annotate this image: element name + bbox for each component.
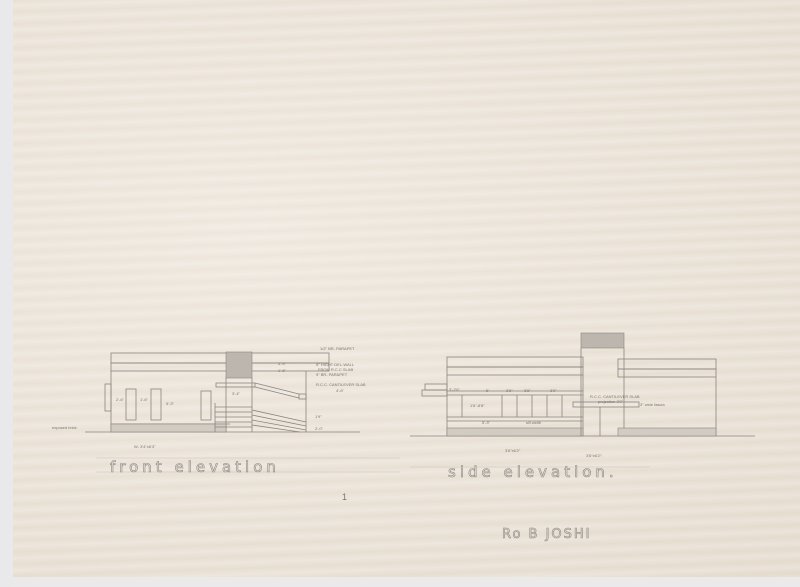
front-window-size: W- 3'4"x6'3"	[134, 444, 156, 449]
side-elevation-drawing: 3'-2'6" 5' 3'6" 3'6" 3'0" 1'6"-8'8" 5'-3…	[410, 333, 755, 481]
side-dim-1: 3'-2'6"	[449, 387, 461, 392]
front-dim-7: 1'9"	[315, 414, 322, 419]
side-dim-7: 5'-3"	[482, 420, 491, 425]
side-dim-8: sill width	[526, 420, 541, 425]
side-dim-2: 5'	[486, 388, 489, 393]
front-dim-6: 3'-4"	[232, 391, 241, 396]
side-dim-4: 3'6"	[524, 388, 531, 393]
front-note-4: 9" BR- PARAPET	[316, 372, 348, 377]
elevation-drawings: 2'-6" 1'-6" 5'-3" 5'-9" 1'-6" 3'-4" 1'9"…	[0, 0, 800, 587]
front-dim-1: 2'-6"	[116, 397, 125, 402]
front-dim-8: 2'-0"	[315, 426, 324, 431]
front-ground-label: exposed brick	[52, 425, 77, 430]
front-note-5: R.C.C. CANTILEVER SLAB	[316, 382, 366, 387]
side-dim-3: 3'6"	[506, 388, 513, 393]
side-dim-5: 3'0"	[550, 388, 557, 393]
front-elevation-drawing: 2'-6" 1'-6" 5'-3" 5'-9" 1'-6" 3'-4" 1'9"…	[52, 346, 400, 476]
side-note-3: 3" wide fascia	[640, 402, 665, 407]
architect-signature: Ro B JOSHI	[502, 527, 592, 542]
side-dim-6: 1'6"-8'8"	[470, 403, 485, 408]
front-dim-3: 5'-3"	[166, 401, 175, 406]
side-note-2: projection 3'0"	[598, 399, 624, 404]
front-dim-5: 1'-6"	[278, 368, 287, 373]
front-note-6: 4'-6"	[336, 388, 345, 393]
side-elevation-title: side elevation.	[448, 463, 618, 481]
side-window-size: 3'6"x6'2"	[505, 448, 521, 453]
front-dim-2: 1'-6"	[140, 397, 149, 402]
front-note-1: 1/2" BR- PARAPET	[320, 346, 355, 351]
page-mark: 1	[342, 492, 347, 502]
drawing-sheet: 2'-6" 1'-6" 5'-3" 5'-9" 1'-6" 3'-4" 1'9"…	[0, 0, 800, 587]
front-dim-4: 5'-9"	[278, 361, 287, 366]
side-door-size: 3'6"x6'2":	[586, 453, 602, 458]
front-elevation-title: front elevation	[110, 458, 280, 476]
